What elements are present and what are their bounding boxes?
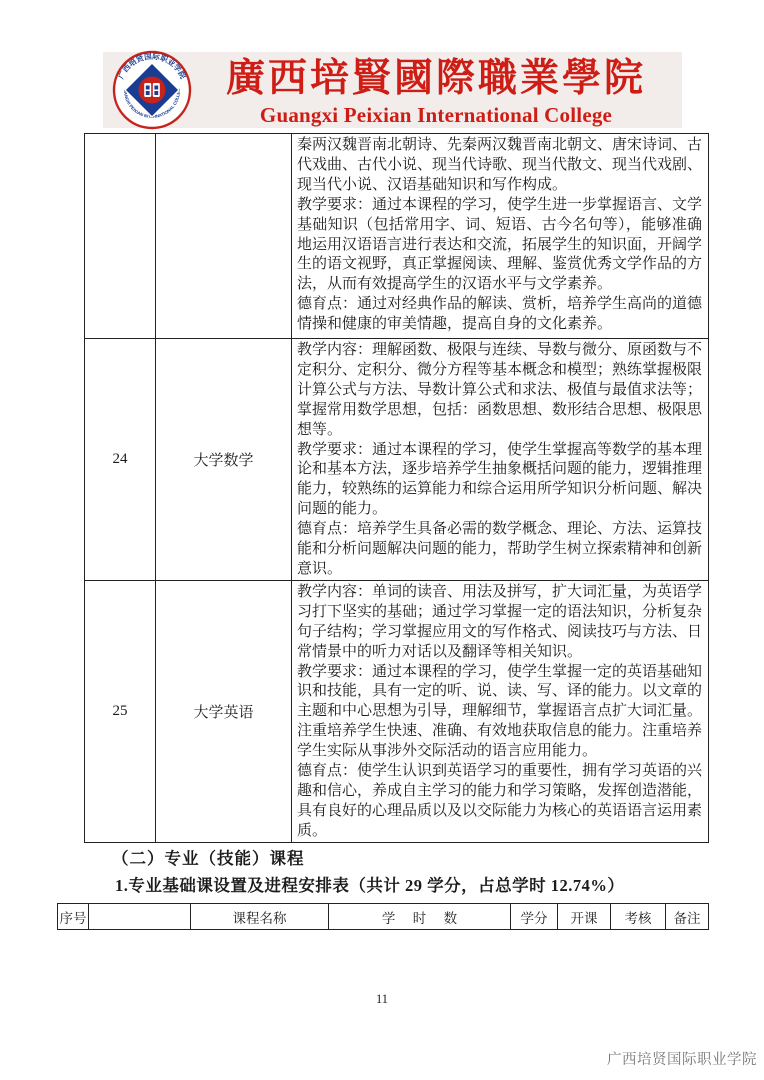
document-page: 广西培贤国际职业学院 GUANGXI PEIXIAN INTERNATIONAL… — [0, 0, 764, 1080]
course-number-cell: 25 — [85, 580, 156, 842]
moral-education-paragraph: 德育点：通过对经典作品的解读、赏析，培养学生高尚的道德情操和健康的审美情趣，提高… — [297, 295, 702, 335]
course-description-table: 秦两汉魏晋南北朝诗、先秦两汉魏晋南北朝文、唐宋诗词、古代戏曲、古代小说、现当代诗… — [84, 133, 709, 843]
subsection-heading: 1.专业基础课设置及进程安排表（共计 29 学分，占总学时 12.74%） — [115, 872, 624, 896]
column-header-beizhu: 备注 — [666, 904, 709, 930]
table-header-row: 序号 课程名称 学 时 数 学分 开课 考核 备注 — [58, 904, 709, 930]
course-detail-cell: 教学内容：单词的读音、用法及拼写，扩大词汇量，为英语学习打下坚实的基础；通过学习… — [292, 580, 709, 842]
section-heading: （二）专业（技能）课程 — [112, 845, 305, 869]
course-number-cell — [85, 134, 156, 339]
course-content-paragraph: 教学内容：单词的读音、用法及拼写，扩大词汇量，为英语学习打下坚实的基础；通过学习… — [297, 583, 702, 663]
teaching-requirement-paragraph: 教学要求：通过本课程的学习，使学生进一步掌握语言、文学基础知识（包括常用字、词、… — [297, 196, 702, 296]
table-row: 25 大学英语 教学内容：单词的读音、用法及拼写，扩大词汇量，为英语学习打下坚实… — [85, 580, 709, 842]
course-detail-cell: 秦两汉魏晋南北朝诗、先秦两汉魏晋南北朝文、唐宋诗词、古代戏曲、古代小说、现当代诗… — [292, 134, 709, 339]
column-header-kechengmingcheng: 课程名称 — [191, 904, 329, 930]
course-name-cell: 大学英语 — [156, 580, 292, 842]
college-seal-icon: 广西培贤国际职业学院 GUANGXI PEIXIAN INTERNATIONAL… — [112, 50, 192, 130]
college-logo-icon: 广西培贤国际职业学院 GUANGXI PEIXIAN INTERNATIONAL… — [112, 50, 192, 130]
column-header-xuhao: 序号 — [58, 904, 89, 930]
column-header-xueshishu: 学 时 数 — [329, 904, 511, 930]
column-header-xuefen: 学分 — [511, 904, 558, 930]
table-row: 秦两汉魏晋南北朝诗、先秦两汉魏晋南北朝文、唐宋诗词、古代戏曲、古代小说、现当代诗… — [85, 134, 709, 339]
moral-education-paragraph: 德育点：培养学生具备必需的数学概念、理论、方法、运算技能和分析问题解决问题的能力… — [297, 520, 702, 580]
course-number-cell: 24 — [85, 339, 156, 581]
column-header-empty — [89, 904, 191, 930]
course-content-paragraph: 秦两汉魏晋南北朝诗、先秦两汉魏晋南北朝文、唐宋诗词、古代戏曲、古代小说、现当代诗… — [297, 136, 702, 196]
table-row: 24 大学数学 教学内容：理解函数、极限与连续、导数与微分、原函数与不定积分、定… — [85, 339, 709, 581]
page-number: 11 — [0, 992, 764, 1007]
course-name-cell — [156, 134, 292, 339]
moral-education-paragraph: 德育点：使学生认识到英语学习的重要性，拥有学习英语的兴趣和信心，养成自主学习的能… — [297, 762, 702, 842]
college-name-chinese: 廣西培賢國際職業學院 — [205, 56, 667, 102]
schedule-table-header: 序号 课程名称 学 时 数 学分 开课 考核 备注 — [57, 903, 709, 930]
course-content-paragraph: 教学内容：理解函数、极限与连续、导数与微分、原函数与不定积分、定积分、微分方程等… — [297, 341, 702, 441]
course-detail-cell: 教学内容：理解函数、极限与连续、导数与微分、原函数与不定积分、定积分、微分方程等… — [292, 339, 709, 581]
teaching-requirement-paragraph: 教学要求：通过本课程的学习，使学生掌握高等数学的基本理论和基本方法，逐步培养学生… — [297, 441, 702, 521]
logo-inner-circle — [139, 77, 166, 104]
column-header-kaike: 开课 — [558, 904, 611, 930]
course-name-cell: 大学数学 — [156, 339, 292, 581]
college-name-english: Guangxi Peixian International College — [205, 103, 667, 128]
column-header-kaohe: 考核 — [611, 904, 666, 930]
teaching-requirement-paragraph: 教学要求：通过本课程的学习，使学生掌握一定的英语基础知识和技能，具有一定的听、说… — [297, 663, 702, 763]
footer-watermark: 广西培贤国际职业学院 — [607, 1048, 757, 1069]
